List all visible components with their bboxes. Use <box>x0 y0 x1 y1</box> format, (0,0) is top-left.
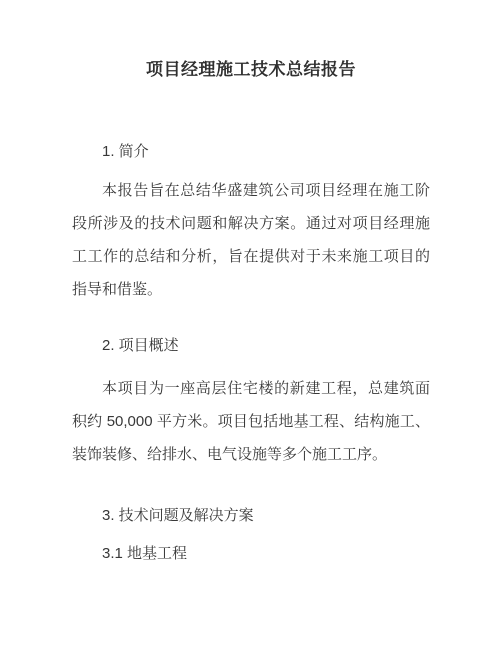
section-1-paragraph: 本报告旨在总结华盛建筑公司项目经理在施工阶段所涉及的技术问题和解决方案。通过对项… <box>72 174 430 306</box>
section-heading-2: 2. 项目概述 <box>72 329 430 362</box>
document-title: 项目经理施工技术总结报告 <box>72 56 430 84</box>
section-heading-3-1: 3.1 地基工程 <box>72 537 430 570</box>
section-heading-1: 1. 简介 <box>72 135 430 168</box>
section-2-paragraph: 本项目为一座高层住宅楼的新建工程，总建筑面积约 50,000 平方米。项目包括地… <box>72 372 430 471</box>
section-heading-3: 3. 技术问题及解决方案 <box>72 499 430 532</box>
document-page: 项目经理施工技术总结报告 1. 简介 本报告旨在总结华盛建筑公司项目经理在施工阶… <box>0 0 500 647</box>
